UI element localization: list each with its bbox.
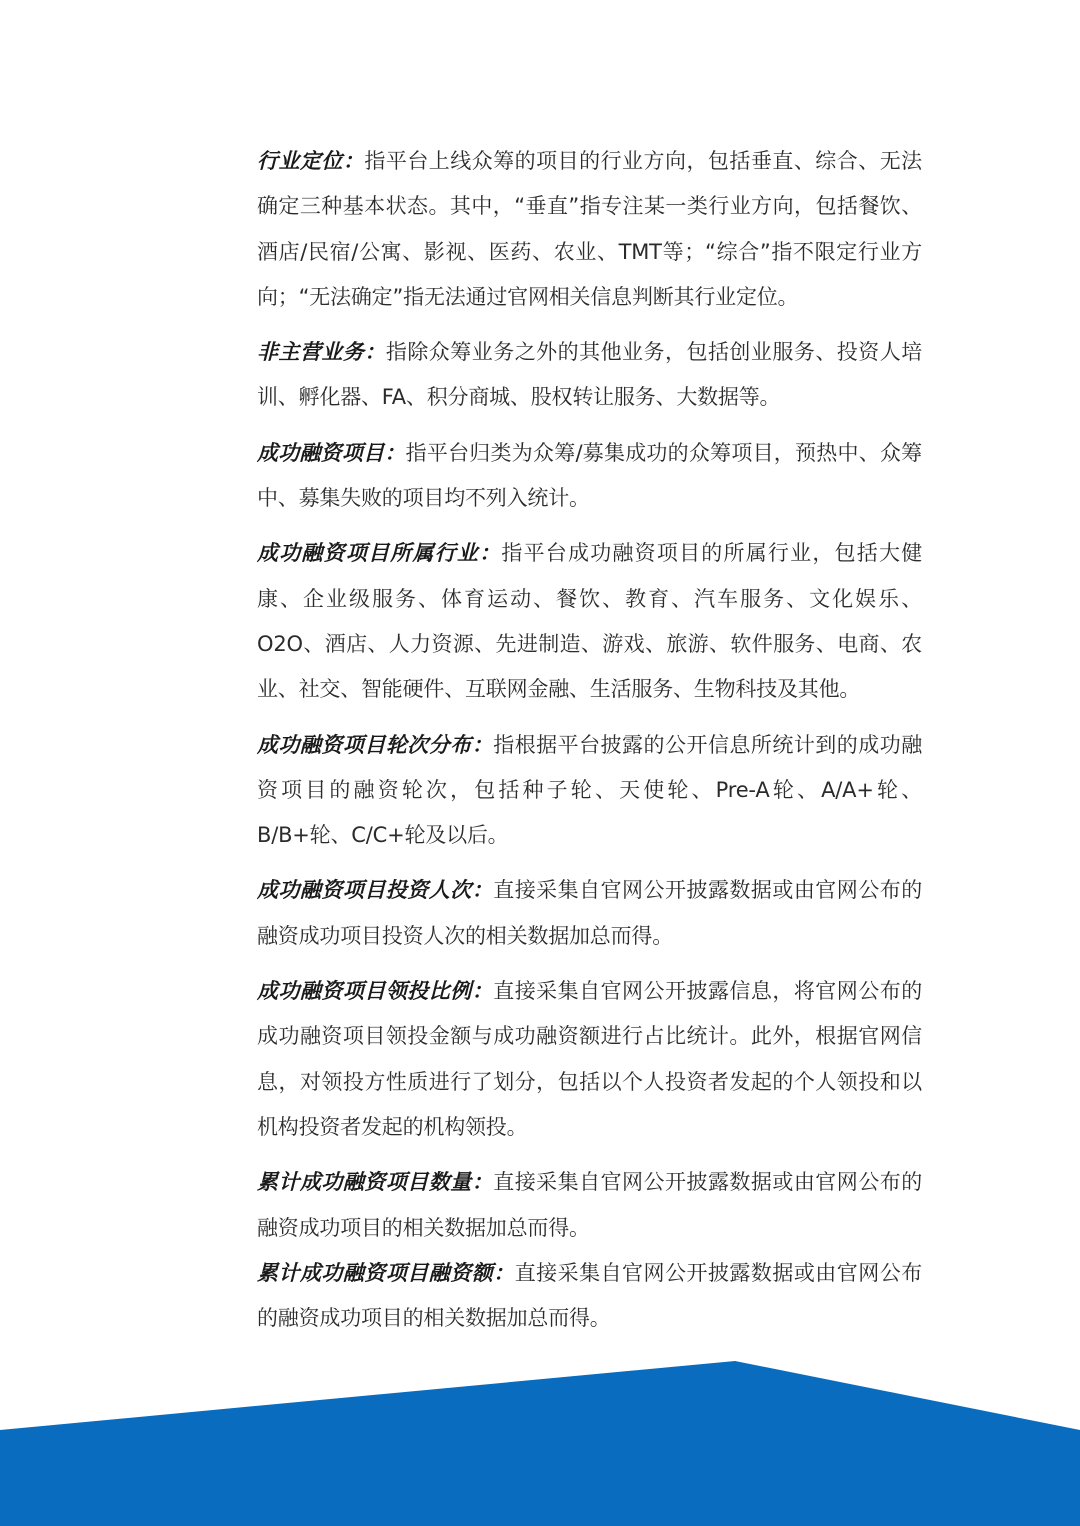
definition-term: 成功融资项目投资人次 xyxy=(257,878,472,902)
definition-term: 成功融资项目所属行业 xyxy=(257,541,479,565)
definition-term: 成功融资项目轮次分布 xyxy=(257,733,472,757)
definition-term: 成功融资项目领投比例 xyxy=(257,979,472,1003)
definition-term: 累计成功融资项目数量 xyxy=(257,1170,472,1194)
definitions-list: 行业定位：指平台上线众筹的项目的行业方向，包括垂直、综合、无法确定三种基本状态。… xyxy=(257,139,922,1341)
definition-industry-positioning: 行业定位：指平台上线众筹的项目的行业方向，包括垂直、综合、无法确定三种基本状态。… xyxy=(257,139,922,320)
definition-lead-investment-ratio: 成功融资项目领投比例：直接采集自官网公开披露信息，将官网公布的成功融资项目领投金… xyxy=(257,969,922,1150)
definition-term: 行业定位 xyxy=(257,149,343,173)
definition-term: 累计成功融资项目融资额 xyxy=(257,1261,493,1285)
definition-investor-count: 成功融资项目投资人次：直接采集自官网公开披露数据或由官网公布的融资成功项目投资人… xyxy=(257,868,922,959)
definition-cumulative-funding-amount: 累计成功融资项目融资额：直接采集自官网公开披露数据或由官网公布的融资成功项目的相… xyxy=(257,1251,922,1342)
definition-term: 成功融资项目 xyxy=(257,441,384,465)
definition-project-industry: 成功融资项目所属行业：指平台成功融资项目的所属行业，包括大健康、企业级服务、体育… xyxy=(257,531,922,712)
definition-cumulative-project-count: 累计成功融资项目数量：直接采集自官网公开披露数据或由官网公布的融资成功项目的相关… xyxy=(257,1160,922,1251)
definition-term: 非主营业务 xyxy=(257,340,364,364)
footer-shape xyxy=(0,1361,1080,1526)
definition-non-core-business: 非主营业务：指除众筹业务之外的其他业务，包括创业服务、投资人培训、孵化器、FA、… xyxy=(257,330,922,421)
definition-funding-rounds: 成功融资项目轮次分布：指根据平台披露的公开信息所统计到的成功融资项目的融资轮次，… xyxy=(257,723,922,859)
definition-successful-projects: 成功融资项目：指平台归类为众筹/募集成功的众筹项目，预热中、众筹中、募集失败的项… xyxy=(257,431,922,522)
